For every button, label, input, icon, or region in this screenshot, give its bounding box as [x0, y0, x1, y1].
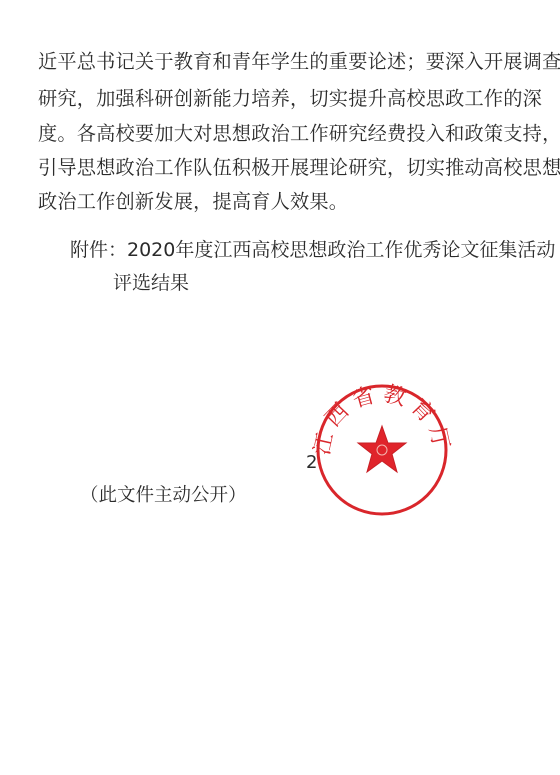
- attachment-title-continued: 评选结果: [113, 271, 189, 295]
- official-seal: 江西省教育厅: [312, 380, 452, 520]
- body-text-line-3: 度。各高校要加大对思想政治工作研究经费投入和政策支持，: [38, 122, 560, 146]
- body-text-line-5: 政治工作创新发展，提高育人效果。: [38, 190, 348, 214]
- attachment-title: 附件：2020年度江西高校思想政治工作优秀论文征集活动: [70, 238, 555, 262]
- body-text-line-4: 引导思想政治工作队伍积极开展理论研究，切实推动高校思想: [38, 156, 560, 180]
- body-text-line-1: 近平总书记关于教育和青年学生的重要论述；要深入开展调查: [38, 50, 560, 74]
- body-text-line-2: 研究，加强科研创新能力培养，切实提升高校思政工作的深: [38, 87, 542, 111]
- disclosure-note: （此文件主动公开）: [80, 484, 247, 508]
- document-page: 近平总书记关于教育和青年学生的重要论述；要深入开展调查 研究，加强科研创新能力培…: [0, 0, 560, 775]
- star-icon: [358, 426, 406, 472]
